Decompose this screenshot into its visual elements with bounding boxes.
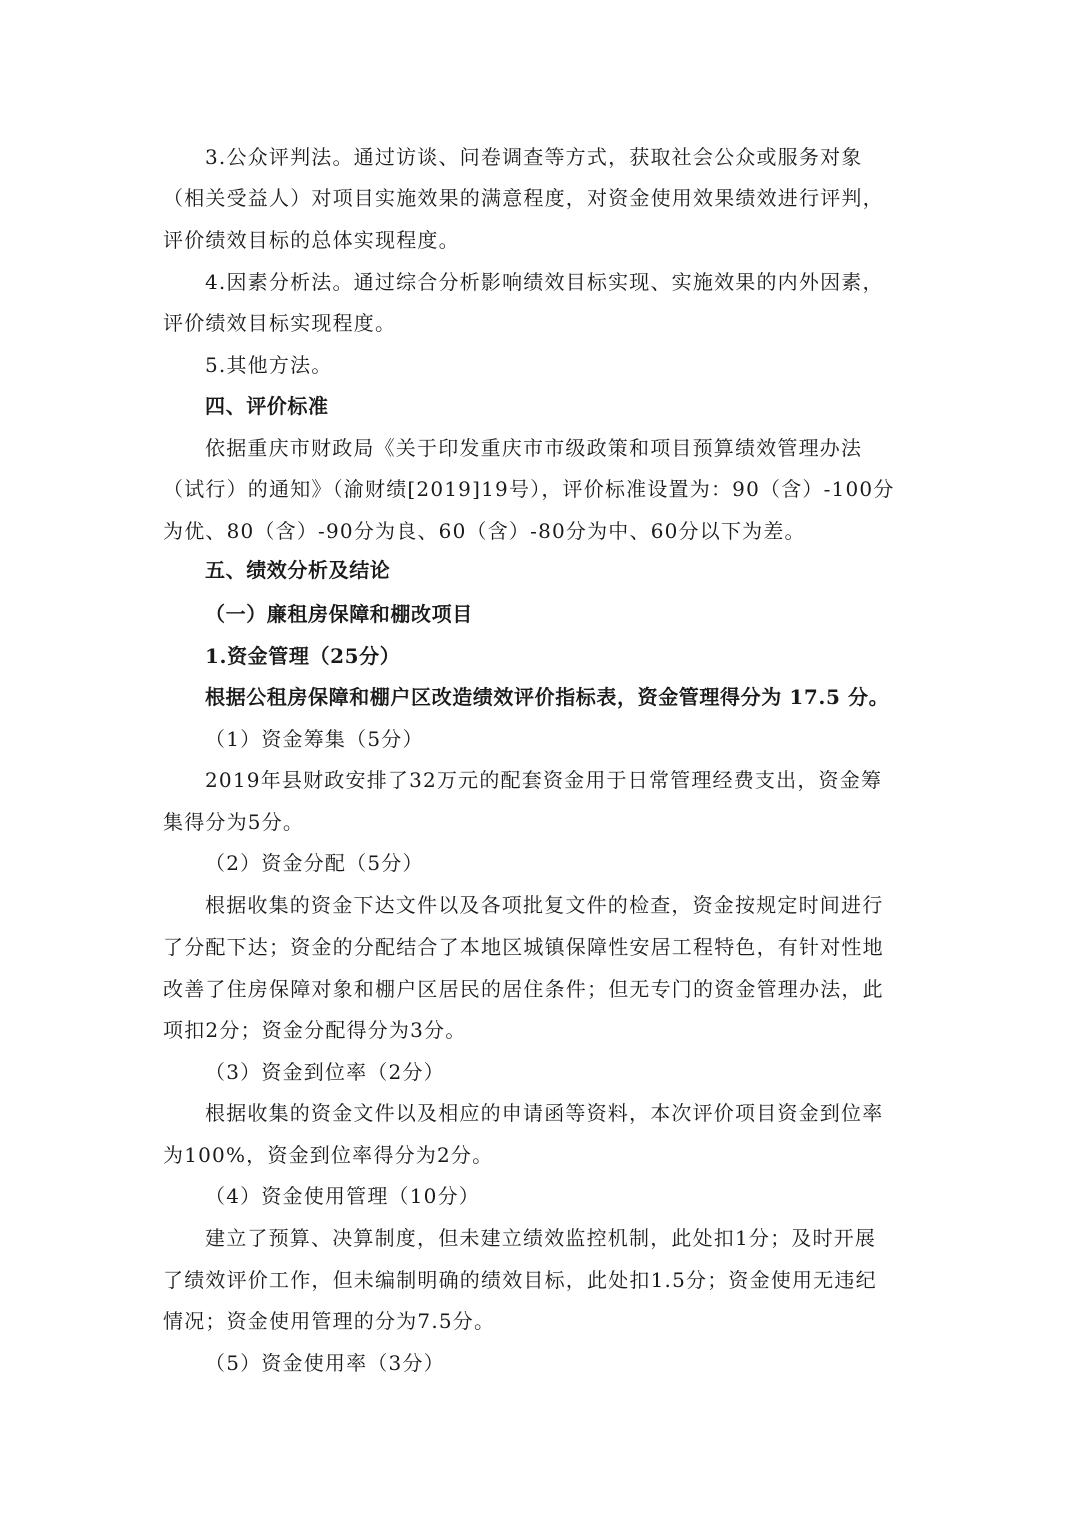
section-heading-evaluation-criteria: 四、评价标准	[205, 392, 329, 420]
paragraph-factor-analysis-method: 4.因素分析法。通过综合分析影响绩效目标实现、实施效果的内外因素，	[205, 268, 884, 296]
document-page: 3.公众评判法。通过访谈、问卷调查等方式，获取社会公众或服务对象 （相关受益人）…	[0, 0, 1074, 1520]
item-heading-fund-arrival-rate: （3）资金到位率（2分）	[205, 1058, 445, 1086]
paragraph-fund-allocation: 根据收集的资金下达文件以及各项批复文件的检查，资金按规定时间进行	[205, 891, 883, 919]
paragraph-other-methods: 5.其他方法。	[205, 351, 332, 379]
item-heading-fund-use-management: （4）资金使用管理（10分）	[205, 1182, 480, 1210]
paragraph-fund-arrival-rate: 根据收集的资金文件以及相应的申请函等资料，本次评价项目资金到位率	[205, 1099, 883, 1127]
item-heading-fund-allocation: （2）资金分配（5分）	[205, 849, 424, 877]
paragraph-public-evaluation-method: 3.公众评判法。通过访谈、问卷调查等方式，获取社会公众或服务对象	[205, 143, 862, 171]
paragraph-fund-use-management: 建立了预算、决算制度，但未建立绩效监控机制，此处扣1分；及时开展	[205, 1224, 876, 1252]
paragraph-fund-allocation-cont: 项扣2分；资金分配得分为3分。	[163, 1016, 466, 1044]
paragraph-fund-raising: 2019年县财政安排了32万元的配套资金用于日常管理经费支出，资金筹	[205, 766, 882, 794]
item-heading-fund-use-rate: （5）资金使用率（3分）	[205, 1349, 445, 1377]
paragraph-criteria-basis: 依据重庆市财政局《关于印发重庆市市级政策和项目预算绩效管理办法	[205, 434, 862, 462]
paragraph-fund-use-management-cont: 了绩效评价工作，但未编制明确的绩效目标，此处扣1.5分；资金使用无违纪	[163, 1266, 877, 1294]
paragraph-fund-allocation-cont: 了分配下达；资金的分配结合了本地区城镇保障性安居工程特色，有针对性地	[163, 933, 884, 961]
paragraph-criteria-basis-cont: （试行）的通知》（渝财绩[2019]19号），评价标准设置为：90（含）-100…	[163, 475, 895, 503]
paragraph-fund-raising-cont: 集得分为5分。	[163, 808, 304, 836]
subsection-heading-housing-project: （一）廉租房保障和棚改项目	[205, 600, 473, 628]
subsection-heading-fund-management: 1.资金管理（25分）	[205, 642, 400, 670]
paragraph-public-evaluation-method-cont: 评价绩效目标的总体实现程度。	[163, 226, 460, 254]
section-heading-performance-analysis: 五、绩效分析及结论	[205, 556, 390, 584]
paragraph-fund-management-score: 根据公租房保障和棚户区改造绩效评价指标表，资金管理得分为 17.5 分。	[205, 683, 889, 711]
paragraph-criteria-basis-cont: 为优、80（含）-90分为良、60（含）-80分为中、60分以下为差。	[163, 517, 806, 545]
paragraph-fund-allocation-cont: 改善了住房保障对象和棚户区居民的居住条件；但无专门的资金管理办法，此	[163, 975, 884, 1003]
paragraph-fund-use-management-cont: 情况；资金使用管理的分为7.5分。	[163, 1307, 495, 1335]
item-heading-fund-raising: （1）资金筹集（5分）	[205, 725, 424, 753]
paragraph-fund-arrival-rate-cont: 为100%，资金到位率得分为2分。	[163, 1141, 493, 1169]
paragraph-public-evaluation-method-cont: （相关受益人）对项目实施效果的满意程度，对资金使用效果绩效进行评判，	[163, 184, 884, 212]
paragraph-factor-analysis-method-cont: 评价绩效目标实现程度。	[163, 309, 396, 337]
